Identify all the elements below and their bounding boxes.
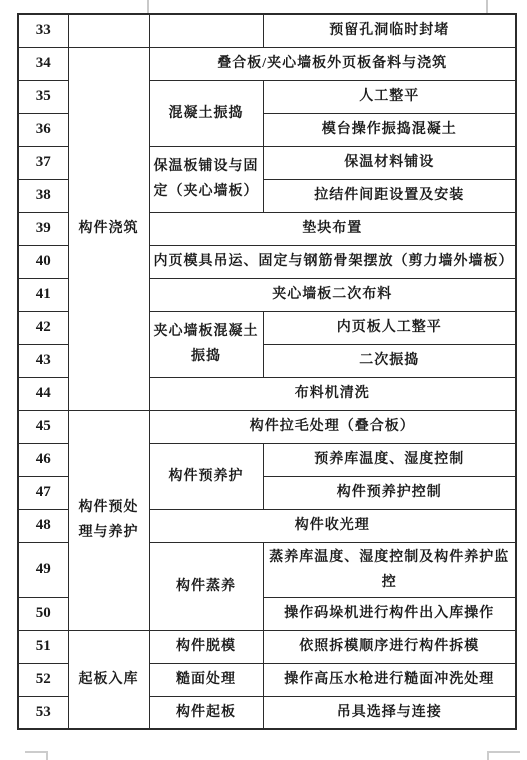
number-cell: 49 xyxy=(18,542,68,597)
number-cell: 40 xyxy=(18,245,68,278)
subcategory-cell: 夹心墙板混凝土 振捣 xyxy=(149,311,263,377)
number-cell: 33 xyxy=(18,14,68,47)
task-cell: 内页板人工整平 xyxy=(263,311,516,344)
task-cell: 预养库温度、湿度控制 xyxy=(263,443,516,476)
subcategory-cell xyxy=(149,14,263,47)
number-cell: 38 xyxy=(18,179,68,212)
task-cell: 蒸养库温度、湿度控制及构件养护监 控 xyxy=(263,542,516,597)
process-step-table: 33预留孔洞临时封堵34构件浇筑叠合板/夹心墙板外页板备料与浇筑35混凝土振捣人… xyxy=(17,13,517,730)
number-cell: 42 xyxy=(18,311,68,344)
task-cell: 吊具选择与连接 xyxy=(263,696,516,729)
number-cell: 41 xyxy=(18,278,68,311)
subcategory-cell: 构件起板 xyxy=(149,696,263,729)
subcategory-cell: 构件蒸养 xyxy=(149,542,263,630)
category-cell: 构件浇筑 xyxy=(68,47,149,410)
number-cell: 36 xyxy=(18,113,68,146)
task-cell: 夹心墙板二次布料 xyxy=(149,278,516,311)
task-cell: 保温材料铺设 xyxy=(263,146,516,179)
number-cell: 35 xyxy=(18,80,68,113)
page-boundary-mark-top-left xyxy=(147,0,149,13)
task-cell: 构件收光理 xyxy=(149,509,516,542)
subcategory-cell: 保温板铺设与固 定（夹心墙板） xyxy=(149,146,263,212)
task-cell: 布料机清洗 xyxy=(149,377,516,410)
category-cell: 构件预处 理与养护 xyxy=(68,410,149,630)
number-cell: 39 xyxy=(18,212,68,245)
category-cell xyxy=(68,14,149,47)
table-row: 33预留孔洞临时封堵 xyxy=(18,14,516,47)
subcategory-cell: 构件脱模 xyxy=(149,630,263,663)
subcategory-cell: 构件预养护 xyxy=(149,443,263,509)
number-cell: 46 xyxy=(18,443,68,476)
task-cell: 操作码垛机进行构件出入库操作 xyxy=(263,597,516,630)
number-cell: 51 xyxy=(18,630,68,663)
number-cell: 52 xyxy=(18,663,68,696)
task-cell: 人工整平 xyxy=(263,80,516,113)
number-cell: 34 xyxy=(18,47,68,80)
number-cell: 43 xyxy=(18,344,68,377)
number-cell: 45 xyxy=(18,410,68,443)
subcategory-cell: 混凝土振捣 xyxy=(149,80,263,146)
task-cell: 二次振捣 xyxy=(263,344,516,377)
page-boundary-mark-bottom-right xyxy=(487,751,520,760)
number-cell: 53 xyxy=(18,696,68,729)
subcategory-cell: 糙面处理 xyxy=(149,663,263,696)
table-row: 34构件浇筑叠合板/夹心墙板外页板备料与浇筑 xyxy=(18,47,516,80)
table-row: 51起板入库构件脱模依照拆模顺序进行构件拆模 xyxy=(18,630,516,663)
number-cell: 44 xyxy=(18,377,68,410)
number-cell: 47 xyxy=(18,476,68,509)
table-row: 45构件预处 理与养护构件拉毛处理（叠合板） xyxy=(18,410,516,443)
task-cell: 依照拆模顺序进行构件拆模 xyxy=(263,630,516,663)
task-cell: 构件预养护控制 xyxy=(263,476,516,509)
task-cell: 操作高压水枪进行糙面冲洗处理 xyxy=(263,663,516,696)
task-cell: 拉结件间距设置及安装 xyxy=(263,179,516,212)
page-boundary-mark-bottom-left xyxy=(25,751,48,760)
task-cell: 构件拉毛处理（叠合板） xyxy=(149,410,516,443)
number-cell: 37 xyxy=(18,146,68,179)
task-cell: 垫块布置 xyxy=(149,212,516,245)
category-cell: 起板入库 xyxy=(68,630,149,729)
task-cell: 内页模具吊运、固定与钢筋骨架摆放（剪力墙外墙板） xyxy=(149,245,516,278)
number-cell: 50 xyxy=(18,597,68,630)
page-boundary-mark-top-right xyxy=(486,0,488,13)
document-page: 33预留孔洞临时封堵34构件浇筑叠合板/夹心墙板外页板备料与浇筑35混凝土振捣人… xyxy=(0,0,527,760)
task-cell: 模台操作振捣混凝土 xyxy=(263,113,516,146)
number-cell: 48 xyxy=(18,509,68,542)
task-cell: 预留孔洞临时封堵 xyxy=(263,14,516,47)
task-cell: 叠合板/夹心墙板外页板备料与浇筑 xyxy=(149,47,516,80)
